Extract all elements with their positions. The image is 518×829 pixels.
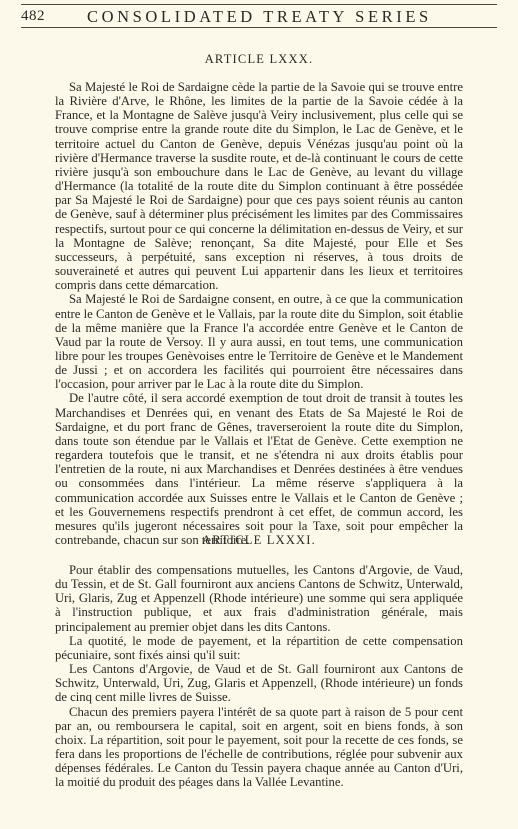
- paragraph: Sa Majesté le Roi de Sardaigne consent, …: [55, 292, 463, 391]
- paragraph: Sa Majesté le Roi de Sardaigne cède la p…: [55, 80, 463, 292]
- paragraph: De l'autre côté, il sera accordé exempti…: [55, 391, 463, 547]
- article-heading-lxxx: ARTICLE LXXX.: [0, 52, 518, 67]
- running-head: 482 CONSOLIDATED TREATY SERIES: [21, 4, 497, 28]
- paragraph: Chacun des premiers payera l'intérêt de …: [55, 705, 463, 790]
- page-number: 482: [21, 8, 45, 25]
- article-heading-lxxxi: ARTICLE LXXXI.: [0, 533, 518, 548]
- series-title: CONSOLIDATED TREATY SERIES: [87, 7, 432, 27]
- article-body-lxxx: Sa Majesté le Roi de Sardaigne cède la p…: [55, 80, 463, 547]
- paragraph: Pour établir des compensations mutuelles…: [55, 563, 463, 634]
- article-body-lxxxi: Pour établir des compensations mutuelles…: [55, 563, 463, 790]
- paragraph: La quotité, le mode de payement, et la r…: [55, 634, 463, 662]
- paragraph: Les Cantons d'Argovie, de Vaud et de St.…: [55, 662, 463, 704]
